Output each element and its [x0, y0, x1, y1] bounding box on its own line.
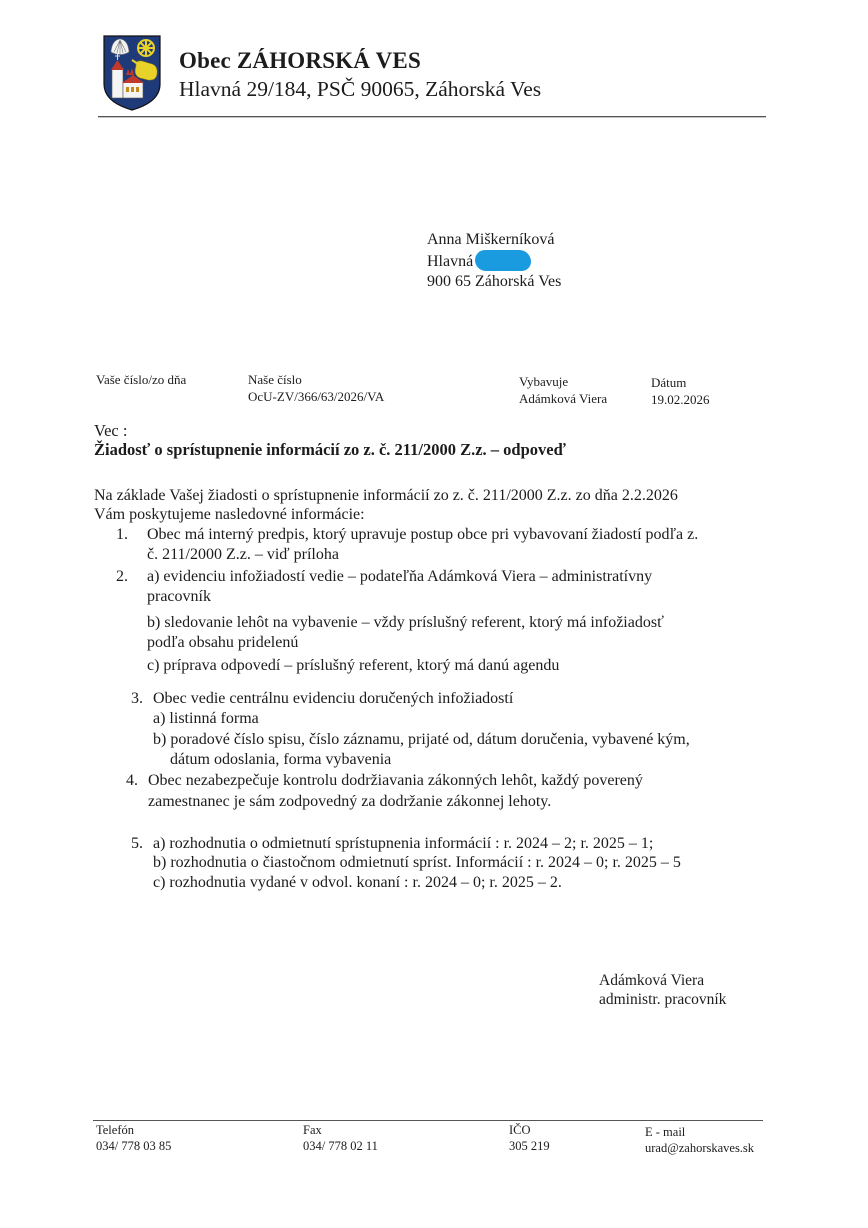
item-line: a) listinná forma [153, 709, 259, 728]
item-line: zamestnanec je sám zodpovedný za dodržan… [148, 792, 551, 811]
footer-fax-value: 034/ 778 02 11 [303, 1138, 378, 1154]
footer-ico-label: IČO [509, 1122, 550, 1138]
recipient-address: Anna Miškerníková Hlavná 900 65 Záhorská… [427, 230, 561, 292]
item-line: pracovník [147, 587, 211, 606]
footer-email: E - mail urad@zahorskaves.sk [645, 1124, 754, 1156]
ref-date: Dátum 19.02.2026 [651, 374, 710, 408]
ref-your-number-label: Vaše číslo/zo dňa [96, 371, 186, 388]
footer-ico-value: 305 219 [509, 1138, 550, 1154]
footer-phone: Telefón 034/ 778 03 85 [96, 1122, 171, 1154]
item-line: č. 211/2000 Z.z. – viď príloha [147, 545, 339, 564]
ref-handler: Vybavuje Adámková Viera [519, 373, 607, 407]
item-line: b) poradové číslo spisu, číslo záznamu, … [153, 730, 690, 749]
item-line: podľa obsahu pridelenú [147, 633, 298, 652]
item-number: 5. [131, 834, 143, 853]
item-line: b) sledovanie lehôt na vybavenie – vždy … [147, 613, 664, 632]
organization-address: Hlavná 29/184, PSČ 90065, Záhorská Ves [179, 76, 541, 102]
ref-our-number-value: OcU-ZV/366/63/2026/VA [248, 388, 384, 405]
footer-phone-label: Telefón [96, 1122, 171, 1138]
signatory-position: administr. pracovník [599, 990, 726, 1009]
item-line: c) príprava odpovedí – príslušný referen… [147, 656, 559, 675]
recipient-city: 900 65 Záhorská Ves [427, 272, 561, 292]
subject-label: Vec : [94, 421, 127, 441]
ref-date-label: Dátum [651, 374, 710, 391]
ref-handler-label: Vybavuje [519, 373, 607, 390]
intro-line: Na základe Vašej žiadosti o sprístupneni… [94, 486, 678, 505]
item-line: c) rozhodnutia vydané v odvol. konaní : … [153, 873, 562, 892]
item-line: a) evidenciu infožiadostí vedie – podate… [147, 567, 652, 586]
ref-our-number-label: Naše číslo [248, 371, 384, 388]
footer-email-label: E - mail [645, 1124, 754, 1140]
footer-phone-value: 034/ 778 03 85 [96, 1138, 171, 1154]
footer-fax: Fax 034/ 778 02 11 [303, 1122, 378, 1154]
organization-name: Obec ZÁHORSKÁ VES [179, 48, 421, 74]
intro-paragraph: Na základe Vašej žiadosti o sprístupneni… [94, 486, 678, 524]
signatory-name: Adámková Viera [599, 971, 726, 990]
footer-divider [93, 1120, 763, 1121]
ref-date-value: 19.02.2026 [651, 391, 710, 408]
header-divider [98, 116, 766, 117]
recipient-name: Anna Miškerníková [427, 230, 561, 250]
item-line: a) rozhodnutia o odmietnutí sprístupneni… [153, 834, 653, 853]
item-line: Obec nezabezpečuje kontrolu dodržiavania… [148, 771, 643, 790]
recipient-street: Hlavná [427, 250, 561, 272]
signature-block: Adámková Viera administr. pracovník [599, 971, 726, 1009]
ref-our-number: Naše číslo OcU-ZV/366/63/2026/VA [248, 371, 384, 405]
coat-of-arms-icon [102, 34, 162, 112]
footer-ico: IČO 305 219 [509, 1122, 550, 1154]
footer-email-value[interactable]: urad@zahorskaves.sk [645, 1140, 754, 1156]
item-number: 4. [126, 771, 138, 790]
redaction-mark [475, 250, 531, 271]
footer-fax-label: Fax [303, 1122, 378, 1138]
item-line: Obec vedie centrálnu evidenciu doručenýc… [153, 689, 513, 708]
item-line: Obec má interný predpis, ktorý upravuje … [147, 525, 698, 544]
ref-your-number: Vaše číslo/zo dňa [96, 371, 186, 388]
ref-handler-value: Adámková Viera [519, 390, 607, 407]
item-number: 3. [131, 689, 143, 708]
subject-title: Žiadosť o sprístupnenie informácií zo z.… [94, 440, 566, 460]
item-number: 1. [116, 525, 128, 544]
item-number: 2. [116, 567, 128, 586]
item-line: dátum odoslania, forma vybavenia [170, 750, 391, 769]
intro-line: Vám poskytujeme nasledovné informácie: [94, 505, 678, 524]
item-line: b) rozhodnutia o čiastočnom odmietnutí s… [153, 853, 681, 872]
